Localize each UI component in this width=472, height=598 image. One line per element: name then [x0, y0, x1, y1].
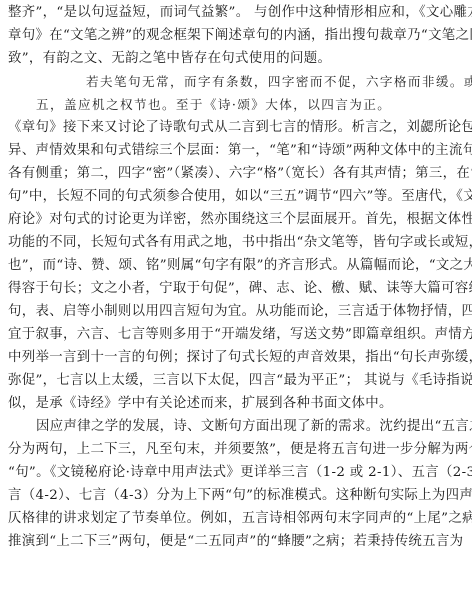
text-line: 因应声律之学的发展，诗、文断句方面出现了新的需求。沈约提出“五言之中， [8, 416, 472, 437]
text-line: 五，盖应机之权节也。至于《诗·颂》大体，以四言为正。 [8, 94, 391, 115]
text-line: 各有侧重；第二，四字“密”（紧凑）、六字“格”（宽长）各有其声情；第三，在“笔 [8, 163, 472, 184]
text-line: 中列举一言到十一言的句例；探讨了句式长短的声音效果，指出“句长声弥缓，句短声 [8, 347, 472, 368]
text-line: 若夫笔句无常，而字有条数，四字密而不促，六字格而非缓。或变之以三 [8, 71, 472, 92]
text-line: 似，是承《诗经》学中有关论述而来，扩展到各种书面文体中。 [8, 393, 393, 414]
text-line: “句”。《文镜秘府论·诗章中用声法式》更详举三言（1-2 或 2-1）、五言（2… [8, 462, 472, 483]
text-line: 言（4-2）、七言（4-3）分为上下两“句”的标准模式。这种断句实际上为四声及平 [8, 485, 472, 506]
text-line: 《章句》接下来又讨论了诗歌句式从二言到七言的情形。析言之，刘勰所论包含了文体差 [8, 117, 472, 138]
text-line: 推演到“上二下三”两句，便是“二五同声”的“蜂腰”之病；若秉持传统五言为 [8, 531, 463, 552]
text-line: 句，表、启等小制则以用四言短句为宜。从功能而论，三言适于体物抒情，四言、五言 [8, 301, 472, 322]
text-line: 功能的不同，长短句式各有用武之地，书中指出“杂文笔等，皆句字或长或短，须参用 [8, 232, 472, 253]
text-line: 得容于句长；文之小者，宁取于句促”，碑、志、论、檄、赋、诔等大篇可容纳更多长 [8, 278, 472, 299]
text-line: 致”，有韵之文、无韵之笔中皆存在句式使用的问题。 [8, 48, 331, 69]
text-line: 弥促”，七言以上太缓，三言以下太促，四言“最为平正”； 其说与《毛诗指说》近 [8, 370, 472, 391]
text-line: 整齐”，“是以句逗益短，而词气益繁”。 与创作中这种情形相应和，《文心雕龙· [8, 2, 472, 23]
text-line: 异、声情效果和句式错综三个层面：第一，“笔”和“诗颂”两种文体中的主流句式形态 [8, 140, 472, 161]
text-line: 章句》在“文笔之辨”的观念框架下阐述章句的内涵，指出搜句裁章乃“文笔之同 [8, 25, 472, 46]
text-line: 句”中，长短不同的句式须参合使用，如以“三五”调节“四六”等。至唐代，《文镜秘 [8, 186, 472, 207]
text-line: 分为两句，上二下三，凡至句末，并须要煞”，便是将五言句进一步分解为两个 [8, 439, 472, 460]
text-line: 也”，而“诗、赞、颂、铭”则属“句字有限”的齐言形式。从篇幅而论，“文之大者， [8, 255, 472, 276]
text-line: 宜于叙事，六言、七言等则多用于“开端发绪，写送文势”即篇章组织。声情方面，书 [8, 324, 472, 345]
text-line: 仄格律的讲求划定了节奏单位。例如，五言诗相邻两句末字同声的“上尾”之病， [8, 508, 472, 529]
text-line: 府论》对句式的讨论更为详密，然亦围绕这三个层面展开。首先，根据文体性质、篇幅、 [8, 209, 472, 230]
